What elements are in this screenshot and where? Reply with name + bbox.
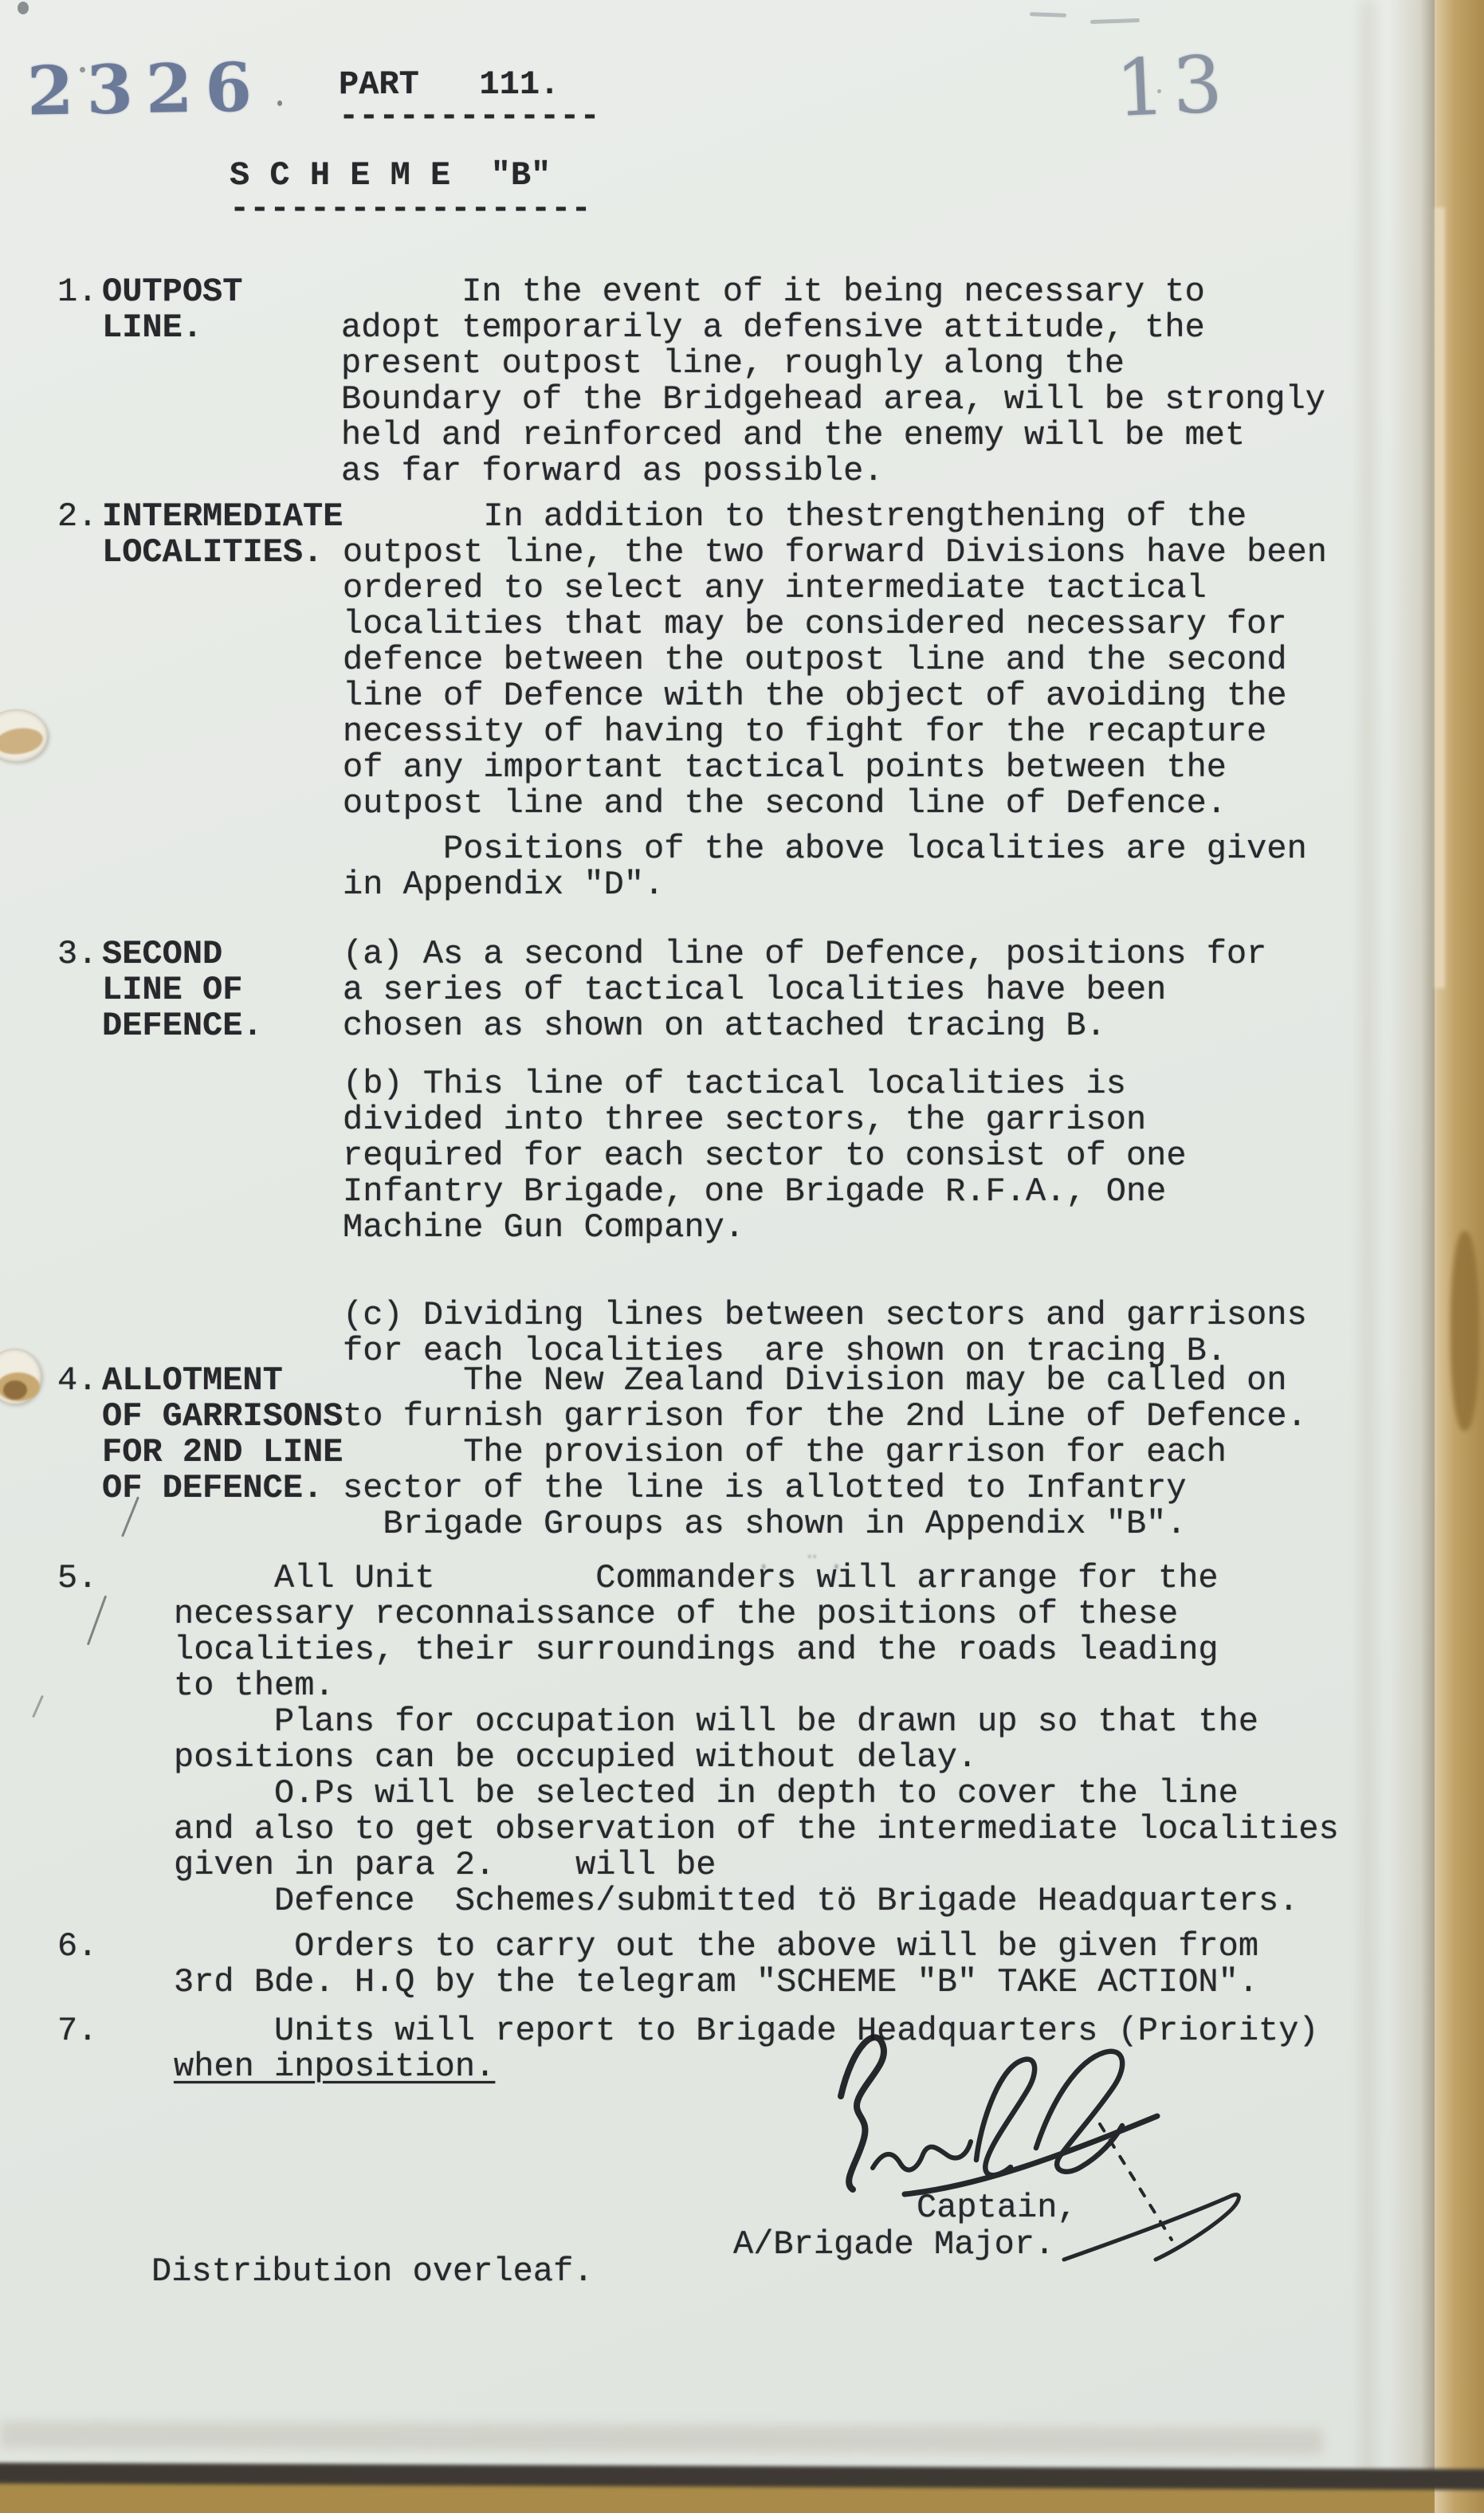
paper-right-edge-shadow bbox=[1388, 0, 1435, 2480]
punch-tear-center bbox=[3, 1380, 27, 1400]
ink-speck bbox=[18, 2, 29, 14]
para-7-number: 7. bbox=[57, 2013, 97, 2049]
scanned-document-page: 2326 13 PART 111. ------------- S C H E … bbox=[0, 0, 1484, 2513]
para-4-body: The New Zealand Division may be called o… bbox=[343, 1363, 1307, 1542]
backing-stain bbox=[1451, 1231, 1479, 1431]
paper-crease bbox=[1359, 0, 1376, 2480]
erased-text-smudge: ·.¨· bbox=[756, 1553, 853, 1583]
scheme-heading-underline: ------------------ bbox=[230, 191, 591, 227]
para-1-label: OUTPOST LINE. bbox=[102, 274, 242, 346]
para-3-number: 3. bbox=[57, 936, 97, 972]
signature-role: A/Brigade Major. bbox=[733, 2227, 1054, 2263]
para-3-body-a: (a) As a second line of Defence, positio… bbox=[343, 936, 1266, 1044]
para-4-number: 4. bbox=[57, 1363, 97, 1399]
para-7-line2: when inposition. bbox=[174, 2049, 495, 2085]
ink-speck bbox=[277, 100, 282, 106]
para-4-label: ALLOTMENT OF GARRISONS FOR 2ND LINE OF D… bbox=[102, 1363, 343, 1506]
scheme-heading: S C H E M E "B" bbox=[230, 158, 551, 194]
para-6-number: 6. bbox=[57, 1929, 97, 1965]
para-5-number: 5. bbox=[57, 1561, 97, 1596]
distribution-note: Distribution overleaf. bbox=[151, 2254, 594, 2290]
para-2-number: 2. bbox=[57, 499, 97, 535]
para-6-body: Orders to carry out the above will be gi… bbox=[174, 1929, 1258, 2001]
para-3-body-c: (c) Dividing lines between sectors and g… bbox=[343, 1298, 1307, 1369]
reference-number-stamp: 2326 bbox=[26, 47, 265, 130]
para-1-body: In the event of it being necessary to ad… bbox=[341, 274, 1325, 489]
part-heading-underline: ------------- bbox=[339, 99, 600, 135]
para-2-addendum: Positions of the above localities are gi… bbox=[343, 831, 1307, 903]
para-5-body: All Unit Commanders will arrange for the… bbox=[174, 1561, 1339, 1919]
para-3-label: SECOND LINE OF DEFENCE. bbox=[102, 936, 263, 1044]
signature-rank: Captain, bbox=[917, 2190, 1078, 2226]
para-2-label: INTERMEDIATE LOCALITIES. bbox=[102, 499, 343, 571]
page-number: 13 bbox=[1114, 39, 1232, 135]
para-3-body-b: (b) This line of tactical localities is … bbox=[343, 1066, 1187, 1246]
para-1-number: 1. bbox=[57, 274, 97, 310]
backing-highlight bbox=[1435, 207, 1445, 988]
para-2-body: In addition to thestrengthening of the o… bbox=[343, 499, 1327, 822]
